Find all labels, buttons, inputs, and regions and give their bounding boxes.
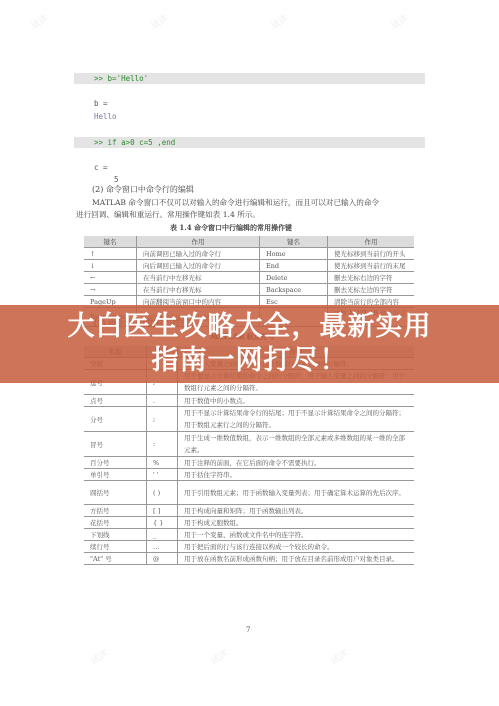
paragraph-line: MATLAB 命令窗口不仅可以对输入的命令进行编辑和运行，而且可以对已输入的命令 xyxy=(92,197,379,209)
title-banner: 大白医生攻略大全，最新实用 指南一网打尽！ xyxy=(0,305,499,383)
cell: Home xyxy=(260,248,328,260)
cell: 冒号 xyxy=(84,432,147,457)
table-caption: 表 1.4 命令窗口中行编辑的常用操作键 xyxy=(170,222,292,234)
cell: 分号 xyxy=(84,407,147,432)
table-row: 分号;用于不显示计算结果命令行的结尾；用于不显示计算结果命令之间的分隔符；用于数… xyxy=(84,407,414,432)
table-row: "At" 号@用于放在函数名前形成函数句柄；用于放在目录名前形成用户对象类目录。 xyxy=(84,553,414,565)
cell: 在当前行中左移光标 xyxy=(137,272,260,284)
cell: 用于引用数组元素；用于函数输入变量列表；用于确定算术运算的先后次序。 xyxy=(178,481,415,505)
cell: [ ] xyxy=(147,505,178,517)
cell: _ xyxy=(147,529,178,541)
cell: @ xyxy=(147,553,178,565)
cell: 用于生成一维数值数组，表示一维数组的全部元素或多维数组的某一维的全部元素。 xyxy=(178,432,415,457)
cell: 在当前行中右移光标 xyxy=(137,284,260,296)
cell: 用于一个变量、函数或文件名中的连字符。 xyxy=(178,529,415,541)
cell: 向后调回已输入过的命令行 xyxy=(137,260,260,272)
cell: : xyxy=(147,432,178,457)
cell: 用于放在函数名前形成函数句柄；用于放在目录名前形成用户对象类目录。 xyxy=(178,553,415,565)
watermark: 试读 xyxy=(148,11,170,32)
cell: … xyxy=(147,541,178,553)
cell: ( ) xyxy=(147,481,178,505)
column-header: 键名 xyxy=(260,236,328,248)
cell: ↑ xyxy=(84,248,137,260)
page-number: 7 xyxy=(246,626,250,634)
cell: 续行号 xyxy=(84,541,147,553)
table-row: 续行号…用于把后面的行与该行连接以构成一个较长的命令。 xyxy=(84,541,414,553)
table-row: ←在当前行中左移光标 Delete删去光标右边的字符 xyxy=(84,272,414,284)
watermark: 试读 xyxy=(208,646,230,667)
table-row: 花括号{ }用于构成元胞数组。 xyxy=(84,517,414,529)
output-value: 5 xyxy=(114,175,119,184)
table-header-row: 键名 作用 键名 作用 xyxy=(84,236,414,248)
table-row: 百分号%用于注释的前面，在它后面的命令不需要执行。 xyxy=(84,457,414,469)
paragraph-line: 进行回调、编辑和重运行。常用操作键如表 1.4 所示。 xyxy=(76,209,260,221)
cell: 使光标移到当前行的开头 xyxy=(328,248,415,260)
cell: 百分号 xyxy=(84,457,147,469)
cell: "At" 号 xyxy=(84,553,147,565)
cell: 用于把后面的行与该行连接以构成一个较长的命令。 xyxy=(178,541,415,553)
table-row: 单引号' '用于括住字符串。 xyxy=(84,469,414,481)
table-row: 下划线_用于一个变量、函数或文件名中的连字符。 xyxy=(84,529,414,541)
cell: ' ' xyxy=(147,469,178,481)
table-row: ↓向后调回已输入过的命令行 End使光标移到当前行的末尾 xyxy=(84,260,414,272)
cell: 用于注释的前面，在它后面的命令不需要执行。 xyxy=(178,457,415,469)
output-variable: c = xyxy=(94,163,108,172)
table-row: ↑向前调回已输入过的命令行 Home使光标移到当前行的开头 xyxy=(84,248,414,260)
cell: 用于数值中的小数点。 xyxy=(178,395,415,407)
banner-title-line1: 大白医生攻略大全，最新实用 xyxy=(0,310,499,344)
watermark: 试读 xyxy=(268,11,290,32)
cell: Delete xyxy=(260,272,328,284)
cell: ↓ xyxy=(84,260,137,272)
cell: 向前调回已输入过的命令行 xyxy=(137,248,260,260)
cell: 花括号 xyxy=(84,517,147,529)
table-row: 方括号[ ]用于构成向量和矩阵；用于函数输出列表。 xyxy=(84,505,414,517)
output-value: Hello xyxy=(94,112,117,121)
cell: 用于构成元胞数组。 xyxy=(178,517,415,529)
column-header: 键名 xyxy=(84,236,137,248)
cell: 删去光标右边的字符 xyxy=(328,272,415,284)
column-header: 作用 xyxy=(328,236,415,248)
watermark: 试读 xyxy=(88,646,110,667)
table-row: 点号.用于数值中的小数点。 xyxy=(84,395,414,407)
table-row: →在当前行中右移光标 Backspace删去光标左边的字符 xyxy=(84,284,414,296)
cell: . xyxy=(147,395,178,407)
command-line: >> if a>0 c=5 ,end xyxy=(94,138,175,147)
cell: { } xyxy=(147,517,178,529)
cell: % xyxy=(147,457,178,469)
watermark: 试读 xyxy=(388,11,410,32)
cell: ← xyxy=(84,272,137,284)
banner-title-line2: 指南一网打尽！ xyxy=(0,344,499,378)
output-variable: b = xyxy=(94,99,108,108)
watermark: 试读 xyxy=(28,11,50,32)
table-row: 圆括号( )用于引用数组元素；用于函数输入变量列表；用于确定算术运算的先后次序。 xyxy=(84,481,414,505)
table-row: 冒号:用于生成一维数值数组，表示一维数组的全部元素或多维数组的某一维的全部元素。 xyxy=(84,432,414,457)
cell: 下划线 xyxy=(84,529,147,541)
cell: → xyxy=(84,284,137,296)
cell: ; xyxy=(147,407,178,432)
cell: 点号 xyxy=(84,395,147,407)
cell: 单引号 xyxy=(84,469,147,481)
cell: Backspace xyxy=(260,284,328,296)
command-line: >> b='Hello' xyxy=(94,74,148,83)
watermark: 试读 xyxy=(328,646,350,667)
cell: 用于构成向量和矩阵；用于函数输出列表。 xyxy=(178,505,415,517)
column-header: 作用 xyxy=(137,236,260,248)
cell: 方括号 xyxy=(84,505,147,517)
cell: 删去光标左边的字符 xyxy=(328,284,415,296)
cell: End xyxy=(260,260,328,272)
cell: 用于括住字符串。 xyxy=(178,469,415,481)
cell: 用于不显示计算结果命令行的结尾；用于不显示计算结果命令之间的分隔符；用于数组元素… xyxy=(178,407,415,432)
cell: 使光标移到当前行的末尾 xyxy=(328,260,415,272)
section-heading: (2) 命令窗口中命令行的编辑 xyxy=(92,184,194,196)
cell: 圆括号 xyxy=(84,481,147,505)
